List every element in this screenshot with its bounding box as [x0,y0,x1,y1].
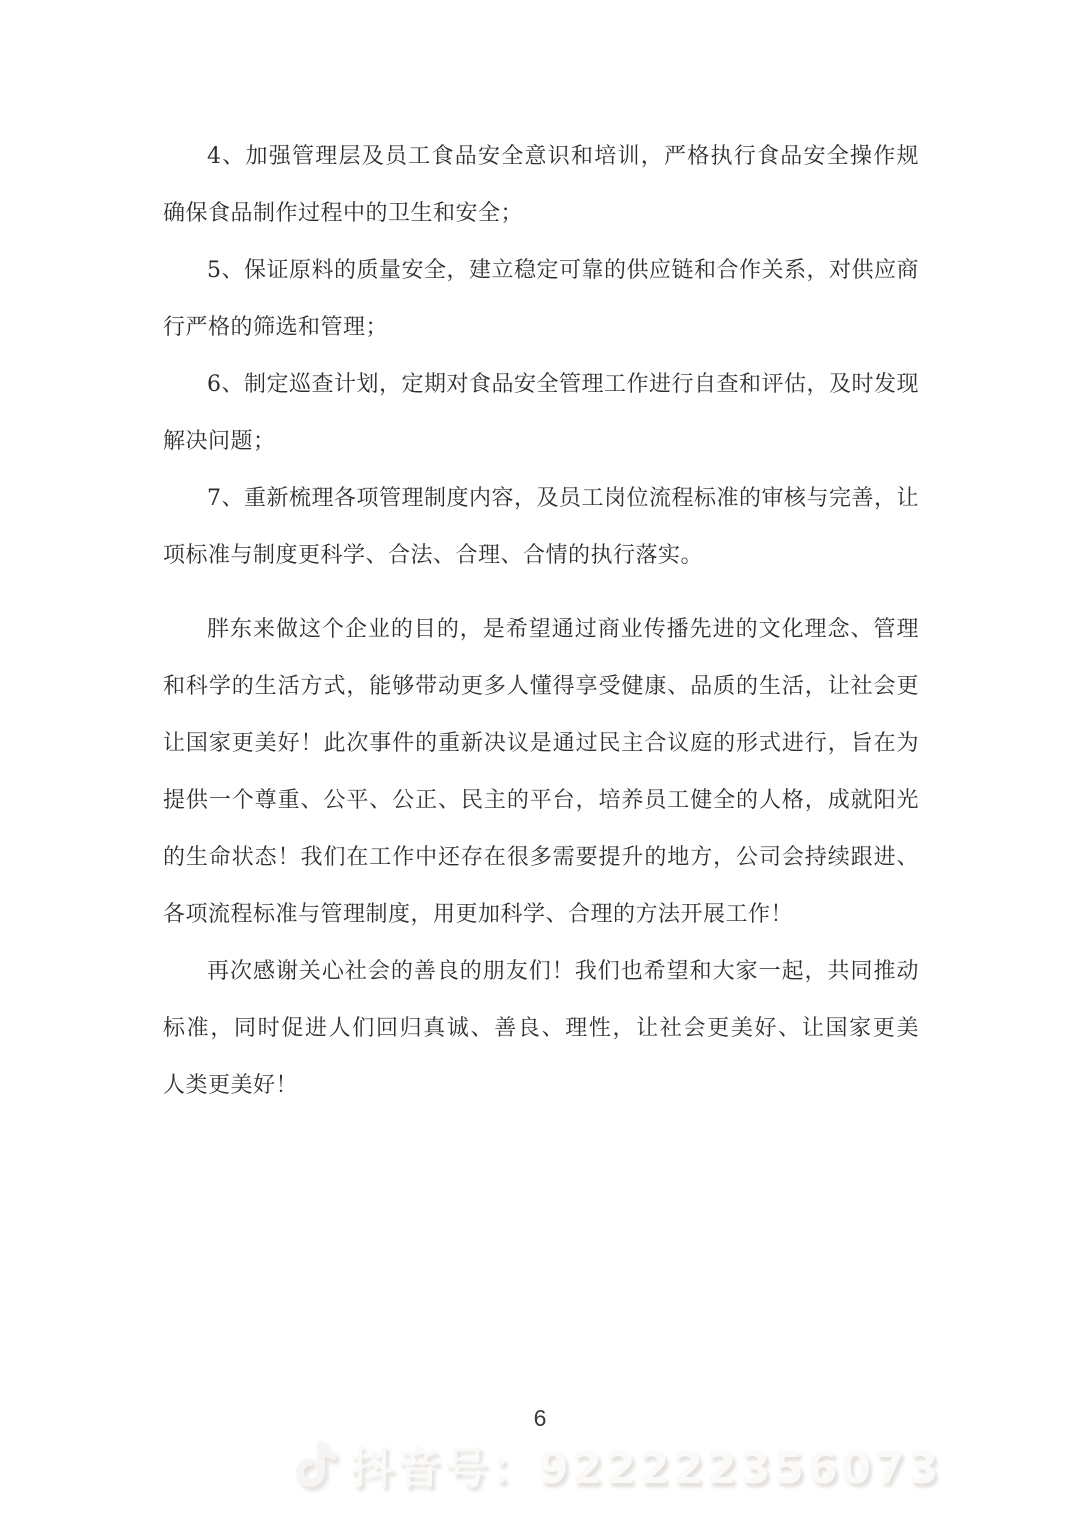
text-line: 再次感谢关心社会的善良的朋友们！我们也希望和大家一起，共同推动行业 [163,943,919,1000]
paragraph-item-4: 4、加强管理层及员工食品安全意识和培训，严格执行食品安全操作规程，确保食品制作过… [163,128,919,242]
text-line: 解决问题； [163,413,919,470]
paragraph-thanks-paragraph: 再次感谢关心社会的善良的朋友们！我们也希望和大家一起，共同推动行业标准，同时促进… [163,943,919,1114]
text-line: 各项流程标准与管理制度，用更加科学、合理的方法开展工作！ [163,886,919,943]
paragraph-item-7: 7、重新梳理各项管理制度内容，及员工岗位流程标准的审核与完善，让各项标准与制度更… [163,470,919,584]
watermark: 抖音号：922222356073 [296,1432,941,1496]
text-line: 和科学的生活方式，能够带动更多人懂得享受健康、品质的生活，让社会更美好、 [163,658,919,715]
document-body: 4、加强管理层及员工食品安全意识和培训，严格执行食品安全操作规程，确保食品制作过… [163,128,919,1114]
text-line: 胖东来做这个企业的目的，是希望通过商业传播先进的文化理念、管理经验 [163,601,919,658]
text-line: 项标准与制度更科学、合法、合理、合情的执行落实。 [163,527,919,584]
paragraph-item-6: 6、制定巡查计划，定期对食品安全管理工作进行自查和评估，及时发现和解决问题； [163,356,919,470]
text-line: 确保食品制作过程中的卫生和安全； [163,185,919,242]
text-line: 提供一个尊重、公平、公正、民主的平台，培养员工健全的人格，成就阳光个性 [163,772,919,829]
text-line: 4、加强管理层及员工食品安全意识和培训，严格执行食品安全操作规程， [163,128,919,185]
text-line: 6、制定巡查计划，定期对食品安全管理工作进行自查和评估，及时发现和 [163,356,919,413]
text-line: 5、保证原料的质量安全，建立稳定可靠的供应链和合作关系，对供应商进 [163,242,919,299]
douyin-note-icon [296,1441,336,1487]
text-line: 行严格的筛选和管理； [163,299,919,356]
paragraph-purpose-paragraph: 胖东来做这个企业的目的，是希望通过商业传播先进的文化理念、管理经验和科学的生活方… [163,601,919,943]
text-line: 7、重新梳理各项管理制度内容，及员工岗位流程标准的审核与完善，让各 [163,470,919,527]
text-line: 的生命状态！我们在工作中还存在很多需要提升的地方，公司会持续跟进、完善 [163,829,919,886]
paragraph-item-5: 5、保证原料的质量安全，建立稳定可靠的供应链和合作关系，对供应商进行严格的筛选和… [163,242,919,356]
watermark-text: 抖音号：922222356073 [350,1432,941,1496]
page-number: 6 [0,1405,1080,1432]
text-line: 人类更美好！ [163,1057,919,1114]
text-line: 标准，同时促进人们回归真诚、善良、理性，让社会更美好、让国家更美好、让 [163,1000,919,1057]
document-page: 4、加强管理层及员工食品安全意识和培训，严格执行食品安全操作规程，确保食品制作过… [0,0,1080,1528]
text-line: 让国家更美好！此次事件的重新决议是通过民主合议庭的形式进行，旨在为员工 [163,715,919,772]
